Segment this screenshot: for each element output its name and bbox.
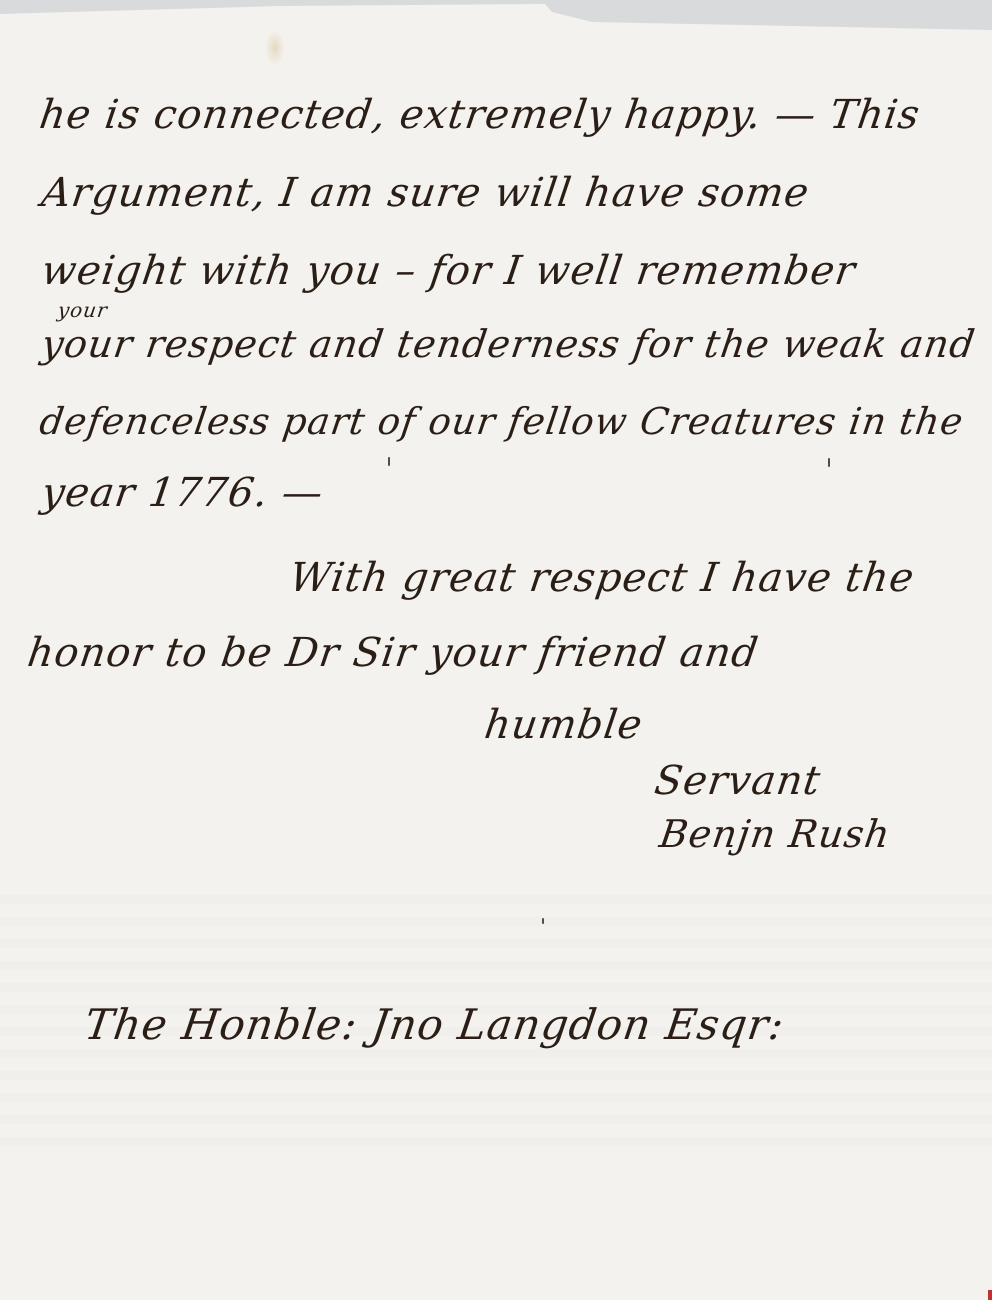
address-line: The Honble: Jno Langdon Esqr: — [82, 1000, 788, 1049]
interlinear-correction: your — [56, 298, 109, 322]
paper-stain — [265, 30, 285, 66]
closing-line-4: Servant — [652, 758, 824, 804]
body-line-4: your respect and tenderness for the weak… — [39, 322, 978, 366]
body-line-6: year 1776. — — [39, 470, 327, 516]
body-line-1: he is connected, extremely happy. — This — [37, 92, 923, 138]
closing-line-1: With great respect I have the — [287, 555, 918, 601]
ink-speck — [542, 918, 544, 924]
closing-line-2: honor to be Dr Sir your friend and — [25, 630, 762, 676]
letter-paper: he is connected, extremely happy. — This… — [0, 0, 992, 1300]
ink-speck — [828, 458, 830, 467]
body-line-6-text: year 1776. — — [39, 470, 327, 516]
ink-speck — [388, 457, 390, 466]
body-line-3: weight with you – for I well remember — [39, 248, 859, 294]
signature: Benjn Rush — [657, 812, 893, 856]
closing-line-3: humble — [482, 702, 646, 748]
body-line-2: Argument, I am sure will have some — [39, 170, 813, 216]
edge-mark — [988, 1290, 992, 1300]
body-line-5: defenceless part of our fellow Creatures… — [37, 400, 966, 443]
